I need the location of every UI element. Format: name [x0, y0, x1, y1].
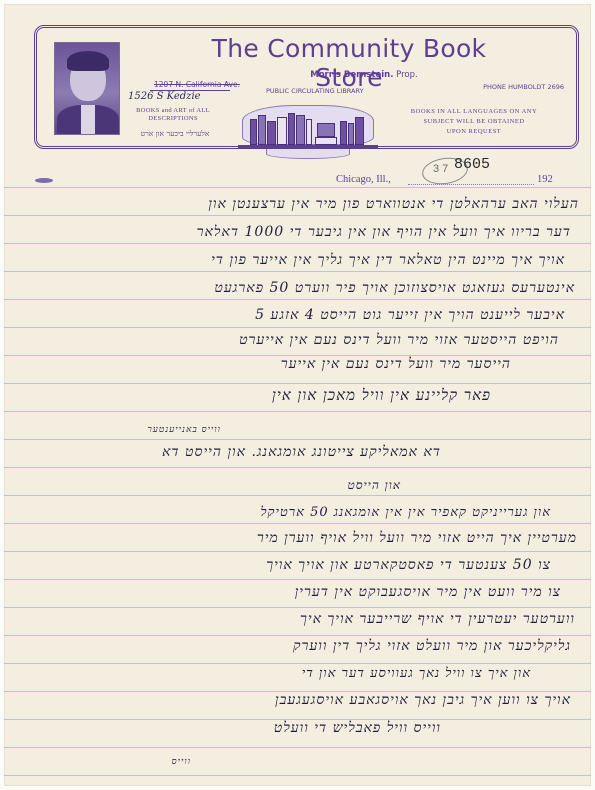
handwritten-line: אינטערעס געזאגט אויסצוזוכן אויך פיר ווער… — [214, 280, 575, 297]
rule-line — [4, 243, 591, 244]
handwritten-line: אויך איך מיינט הין טאלאר דין איך גליך אי… — [211, 252, 565, 269]
rule-line — [4, 607, 591, 608]
rule-line — [4, 327, 591, 328]
handwritten-line: און הייסט — [347, 478, 401, 493]
handwritten-line: און גערייניקט קאפיר אין אין אומגאנג 50 א… — [260, 504, 551, 520]
phone-number: PHONE HUMBOLDT 2696 — [444, 83, 564, 91]
book-icon — [348, 123, 354, 145]
languages-text: BOOKS IN ALL LANGUAGES ON ANY SUBJECT WI… — [384, 107, 564, 137]
proprietor-suffix: Prop. — [396, 70, 418, 80]
book-icon — [317, 123, 335, 137]
handwritten-line: איבער לייענט הויך אין זייער גוט הייסט 4 … — [255, 307, 565, 324]
handwritten-line: ווערטער יעטרעין די אויף שרייבער אויך איך — [300, 611, 575, 628]
handwritten-line: ווייס — [172, 756, 191, 767]
rule-line — [4, 495, 591, 496]
date-line — [408, 184, 534, 185]
rule-line — [4, 271, 591, 272]
handwritten-line: ווייס באנייענטער — [147, 424, 221, 435]
rule-line — [4, 411, 591, 412]
handwritten-line: דער בריוו איך וועל אין הויף און אין גיבע… — [197, 224, 571, 241]
document-number: 8605 — [454, 156, 490, 173]
rule-line — [4, 299, 591, 300]
library-label: PUBLIC CIRCULATING LIBRARY — [266, 87, 466, 95]
books-art-text: BOOKS and ART of ALL DESCRIPTIONS — [118, 107, 228, 123]
book-icon — [355, 117, 364, 145]
book-icon — [288, 113, 295, 145]
handwritten-line: גליקליכער און מיר וועלט אזוי גליך דין וו… — [293, 638, 571, 655]
letter-page: The Community Book Store Morris Bernstei… — [4, 4, 591, 786]
rule-line — [4, 439, 591, 440]
year-prefix: 192 — [537, 174, 553, 185]
handwritten-line: הויפט הייסטער אזוי מיר וועל דינס נעם אין… — [239, 332, 559, 349]
new-address-handwritten: 1526 S Kedzie — [128, 91, 201, 102]
handwritten-line: ווייס וויל פאבליש די וועלט — [274, 720, 441, 737]
proprietor: Morris Bernstein. Prop. — [264, 70, 464, 80]
book-icon — [277, 117, 287, 145]
proprietor-name: Morris Bernstein. — [310, 70, 393, 80]
archive-stamp-mark: 3 7 — [433, 163, 448, 175]
book-icon — [250, 119, 257, 145]
bookshelf-illustration — [238, 105, 378, 161]
old-address-struck: 1207 N. California Ave. — [154, 80, 240, 89]
book-icon — [267, 121, 276, 145]
rule-line — [4, 775, 591, 776]
rule-line — [4, 663, 591, 664]
handwritten-line: צו מיר וועט אין מיר אויסגעבוקט אין דערין — [295, 584, 561, 601]
handwritten-line: דא אמאליקע צייטונג אומגאנג. און הייסט דא — [162, 444, 441, 461]
handwritten-line: צו 50 צענטער די פאסטקארטע און אויך אויך — [266, 557, 551, 574]
union-label-icon — [35, 178, 53, 183]
rule-line — [4, 467, 591, 468]
rule-line — [4, 215, 591, 216]
book-icon — [258, 115, 266, 145]
handwritten-line: פאר קליינע אין וויל מאכן און אין — [272, 386, 491, 405]
handwritten-line: הייסער מיר וועל דינס נעם אין אייער — [281, 356, 511, 373]
proprietor-portrait — [54, 42, 120, 135]
rule-line — [4, 579, 591, 580]
book-icon — [315, 137, 337, 145]
rule-line — [4, 187, 591, 188]
rule-line — [4, 383, 591, 384]
rule-line — [4, 747, 591, 748]
yiddish-tagline: אלערליי ביכער און ארט — [120, 129, 230, 138]
rule-line — [4, 635, 591, 636]
handwritten-line: אויך צו ווען איך גיבן נאך אויסגאבע אויסג… — [275, 692, 571, 709]
handwritten-line: און איך צו וויל נאך געוויסע דער און די — [302, 665, 531, 681]
book-icon — [340, 121, 347, 145]
book-icon — [306, 119, 312, 145]
city-label: Chicago, Ill., — [336, 174, 391, 185]
rule-line — [4, 551, 591, 552]
handwritten-line: מערטיין איך הייט אזוי מיר וועל וויל אויף… — [257, 530, 577, 547]
rule-line — [4, 523, 591, 524]
handwritten-line: העלוי האב ערהאלטן די אנטווארט פון מיר אי… — [208, 196, 579, 213]
book-icon — [296, 115, 305, 145]
